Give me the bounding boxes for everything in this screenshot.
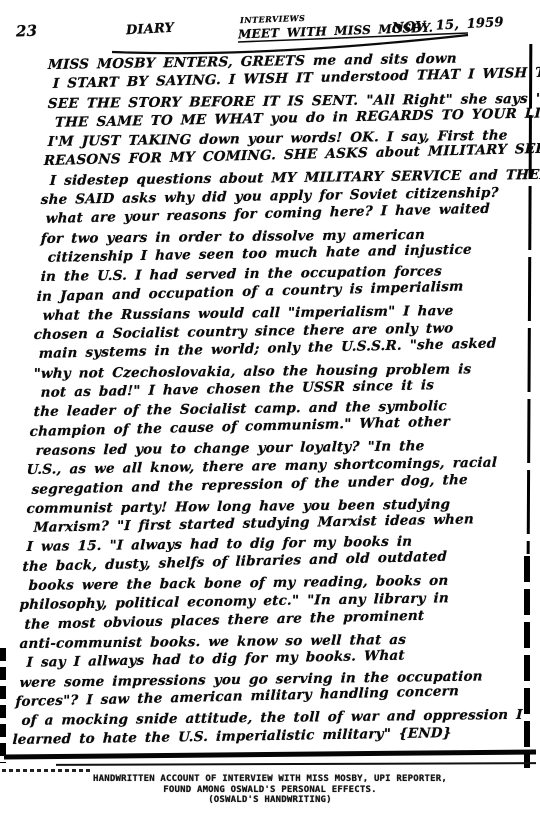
caption-line-3: (OSWALD'S HANDWRITING) bbox=[0, 795, 540, 806]
scan-specks bbox=[2, 769, 92, 772]
diary-header: DIARY INTERVIEWS MEET WITH MISS MOSBY. N… bbox=[0, 10, 540, 54]
caption-line-2: FOUND AMONG OSWALD'S PERSONAL EFFECTS. bbox=[0, 785, 540, 796]
header-date: NOV. 15, 1959 bbox=[392, 15, 504, 36]
typed-caption: HANDWRITTEN ACCOUNT OF INTERVIEW WITH MI… bbox=[0, 774, 540, 806]
binding-marks-left bbox=[0, 648, 6, 763]
scanned-page: 23 DIARY INTERVIEWS MEET WITH MISS MOSBY… bbox=[0, 0, 540, 815]
page-edge-right-lower bbox=[524, 556, 530, 768]
header-diary-label: DIARY bbox=[126, 21, 175, 38]
header-inserted-word: INTERVIEWS bbox=[240, 13, 306, 25]
page-bottom-edge-thin bbox=[56, 762, 536, 766]
caption-line-1: HANDWRITTEN ACCOUNT OF INTERVIEW WITH MI… bbox=[0, 774, 540, 785]
handwritten-body: MISS MOSBY ENTERS, GREETS me and sits do… bbox=[12, 56, 540, 756]
